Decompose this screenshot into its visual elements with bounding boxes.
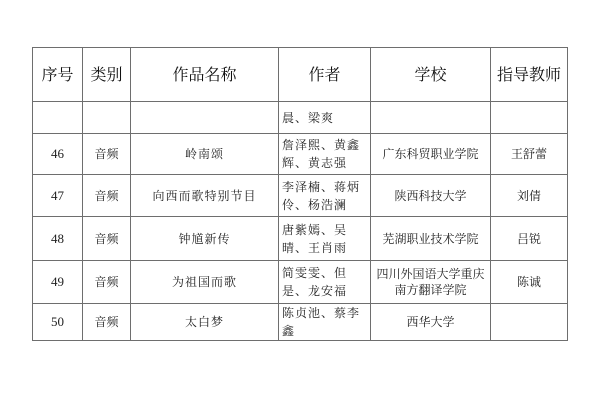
cell-advisor: 刘倩 (491, 175, 568, 217)
cell-authors: 詹泽熙、黄鑫辉、黄志强 (279, 134, 371, 175)
cell-school: 西华大学 (371, 304, 491, 341)
cell-advisor: 王舒蕾 (491, 134, 568, 175)
cell-category: 音频 (83, 261, 131, 304)
cell-school: 芜湖职业技术学院 (371, 217, 491, 261)
cell-category: 音频 (83, 217, 131, 261)
cell-work-title: 太白梦 (131, 304, 279, 341)
table-row: 46 音频 岭南颂 詹泽熙、黄鑫辉、黄志强 广东科贸职业学院 王舒蕾 (33, 134, 568, 175)
header-work-title: 作品名称 (131, 48, 279, 102)
cell-work-title: 钟馗新传 (131, 217, 279, 261)
cell-serial-number: 49 (33, 261, 83, 304)
cell-authors: 简雯雯、但是、龙安福 (279, 261, 371, 304)
cell-category: 音频 (83, 175, 131, 217)
header-row: 序号 类别 作品名称 作者 学校 指导教师 (33, 48, 568, 102)
cell-work-title: 向西而歌特别节目 (131, 175, 279, 217)
cell-authors: 晨、梁爽 (279, 102, 371, 134)
header-advisor: 指导教师 (491, 48, 568, 102)
table-row: 48 音频 钟馗新传 唐紫嫣、吴晴、王肖雨 芜湖职业技术学院 吕锐 (33, 217, 568, 261)
header-category: 类别 (83, 48, 131, 102)
cell-category (83, 102, 131, 134)
cell-advisor (491, 102, 568, 134)
cell-school (371, 102, 491, 134)
cell-work-title (131, 102, 279, 134)
table-row: 50 音频 太白梦 陈贞池、蔡李鑫 西华大学 (33, 304, 568, 341)
award-list-table-container: 序号 类别 作品名称 作者 学校 指导教师 晨、梁爽 46 音频 岭南颂 (32, 47, 567, 340)
cell-advisor (491, 304, 568, 341)
table-row: 49 音频 为祖国而歌 简雯雯、但是、龙安福 四川外国语大学重庆南方翻译学院 陈… (33, 261, 568, 304)
cell-work-title: 为祖国而歌 (131, 261, 279, 304)
award-list-table: 序号 类别 作品名称 作者 学校 指导教师 晨、梁爽 46 音频 岭南颂 (32, 47, 568, 341)
cell-school: 广东科贸职业学院 (371, 134, 491, 175)
cell-school: 四川外国语大学重庆南方翻译学院 (371, 261, 491, 304)
cell-school: 陕西科技大学 (371, 175, 491, 217)
cell-authors: 李泽楠、蒋炳伶、杨浩澜 (279, 175, 371, 217)
cell-authors: 唐紫嫣、吴晴、王肖雨 (279, 217, 371, 261)
cell-serial-number: 50 (33, 304, 83, 341)
cell-advisor: 陈诚 (491, 261, 568, 304)
cell-serial-number: 47 (33, 175, 83, 217)
header-serial-number: 序号 (33, 48, 83, 102)
header-authors: 作者 (279, 48, 371, 102)
cell-category: 音频 (83, 304, 131, 341)
table-row: 晨、梁爽 (33, 102, 568, 134)
cell-category: 音频 (83, 134, 131, 175)
table-row: 47 音频 向西而歌特别节目 李泽楠、蒋炳伶、杨浩澜 陕西科技大学 刘倩 (33, 175, 568, 217)
cell-advisor: 吕锐 (491, 217, 568, 261)
cell-authors: 陈贞池、蔡李鑫 (279, 304, 371, 341)
cell-serial-number: 46 (33, 134, 83, 175)
cell-serial-number: 48 (33, 217, 83, 261)
cell-work-title: 岭南颂 (131, 134, 279, 175)
header-school: 学校 (371, 48, 491, 102)
cell-serial-number (33, 102, 83, 134)
